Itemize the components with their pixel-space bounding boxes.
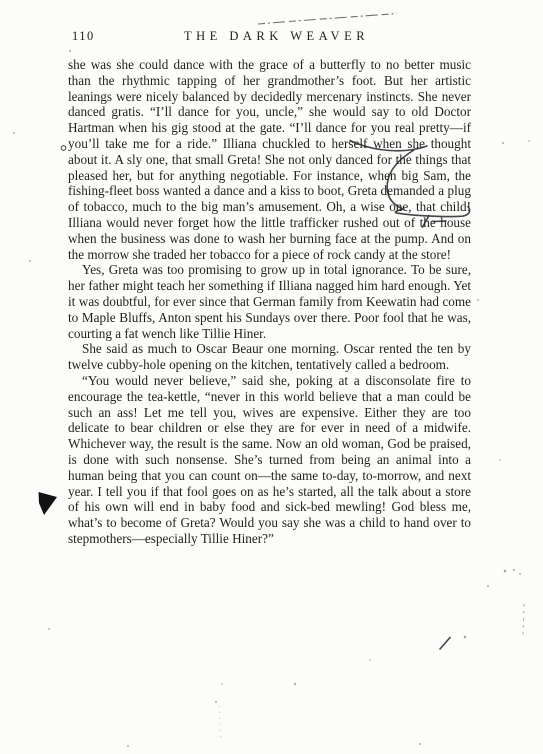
running-head: 110 THE DARK WEAVER xyxy=(68,29,471,45)
scratch-line-mark xyxy=(258,14,397,25)
margin-ring-mark xyxy=(61,146,66,151)
ink-blot-icon xyxy=(39,492,58,515)
paragraph: she was she could dance with the grace o… xyxy=(68,57,471,262)
pen-slash-over-mark xyxy=(440,638,450,650)
paragraph: She said as much to Oscar Beaur one morn… xyxy=(68,341,471,373)
book-page-scan: 110 THE DARK WEAVER she was she could da… xyxy=(0,0,543,754)
text-block: she was she could dance with the grace o… xyxy=(68,57,471,547)
running-title: THE DARK WEAVER xyxy=(68,29,471,44)
paragraph: “You would never believe,” said she, pok… xyxy=(68,373,471,547)
paragraph: Yes, Greta was too promising to grow up … xyxy=(68,262,471,341)
scan-artifact-lines xyxy=(219,604,524,738)
